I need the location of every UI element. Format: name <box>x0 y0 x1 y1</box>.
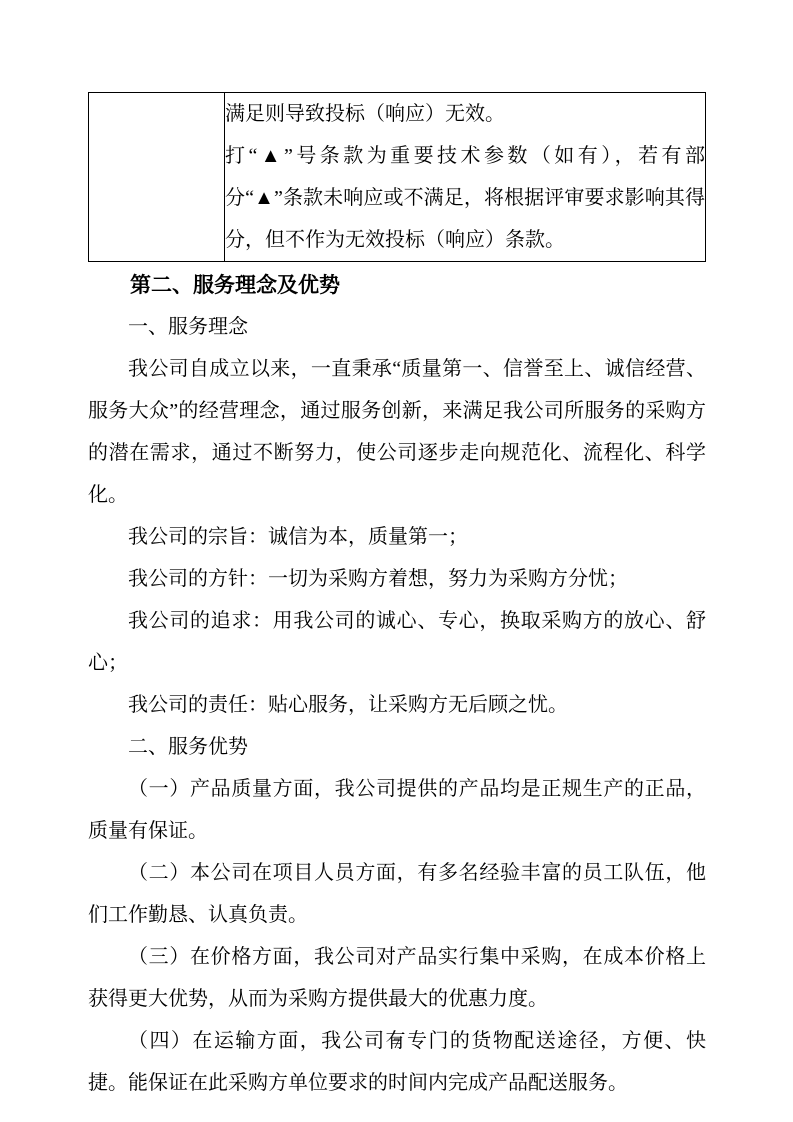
paragraph: 我公司的责任：贴心服务，让采购方无后顾之忧。 <box>88 684 706 726</box>
table-cell-content: 满足则导致投标（响应）无效。 打“▲”号条款为重要技术参数（如有），若有部分“▲… <box>225 93 706 262</box>
table-paragraph: 打“▲”号条款为重要技术参数（如有），若有部分“▲”条款未响应或不满足，将根据评… <box>225 135 705 261</box>
page-number: 7 <box>393 1036 401 1052</box>
paragraph: 我公司自成立以来，一直秉承“质量第一、信誉至上、诚信经营、服务大众”的经营理念，… <box>88 348 706 516</box>
paragraph: （一）产品质量方面，我公司提供的产品均是正规生产的正品，质量有保证。 <box>88 768 706 852</box>
technical-terms-table: 满足则导致投标（响应）无效。 打“▲”号条款为重要技术参数（如有），若有部分“▲… <box>88 92 706 262</box>
table-row: 满足则导致投标（响应）无效。 打“▲”号条款为重要技术参数（如有），若有部分“▲… <box>89 93 706 262</box>
page-footer: 7 <box>0 1034 793 1054</box>
paragraph: 我公司的方针：一切为采购方着想，努力为采购方分忧； <box>88 558 706 600</box>
table-paragraph: 满足则导致投标（响应）无效。 <box>225 93 705 135</box>
paragraph: 我公司的追求：用我公司的诚心、专心，换取采购方的放心、舒心； <box>88 600 706 684</box>
paragraph: （四）在运输方面，我公司有专门的货物配送途径，方便、快捷。能保证在此采购方单位要… <box>88 1020 706 1104</box>
section-heading: 第二、服务理念及优势 <box>88 264 706 306</box>
subsection-title: 一、服务理念 <box>88 306 706 348</box>
paragraph: （二）本公司在项目人员方面，有多名经验丰富的员工队伍，他们工作勤恳、认真负责。 <box>88 852 706 936</box>
page-content: 满足则导致投标（响应）无效。 打“▲”号条款为重要技术参数（如有），若有部分“▲… <box>88 92 706 1104</box>
paragraph: （三）在价格方面，我公司对产品实行集中采购，在成本价格上获得更大优势，从而为采购… <box>88 936 706 1020</box>
paragraph: 我公司的宗旨：诚信为本，质量第一； <box>88 516 706 558</box>
subsection-title: 二、服务优势 <box>88 726 706 768</box>
table-cell-label <box>89 93 225 262</box>
document-page: 满足则导致投标（响应）无效。 打“▲”号条款为重要技术参数（如有），若有部分“▲… <box>0 0 793 1122</box>
